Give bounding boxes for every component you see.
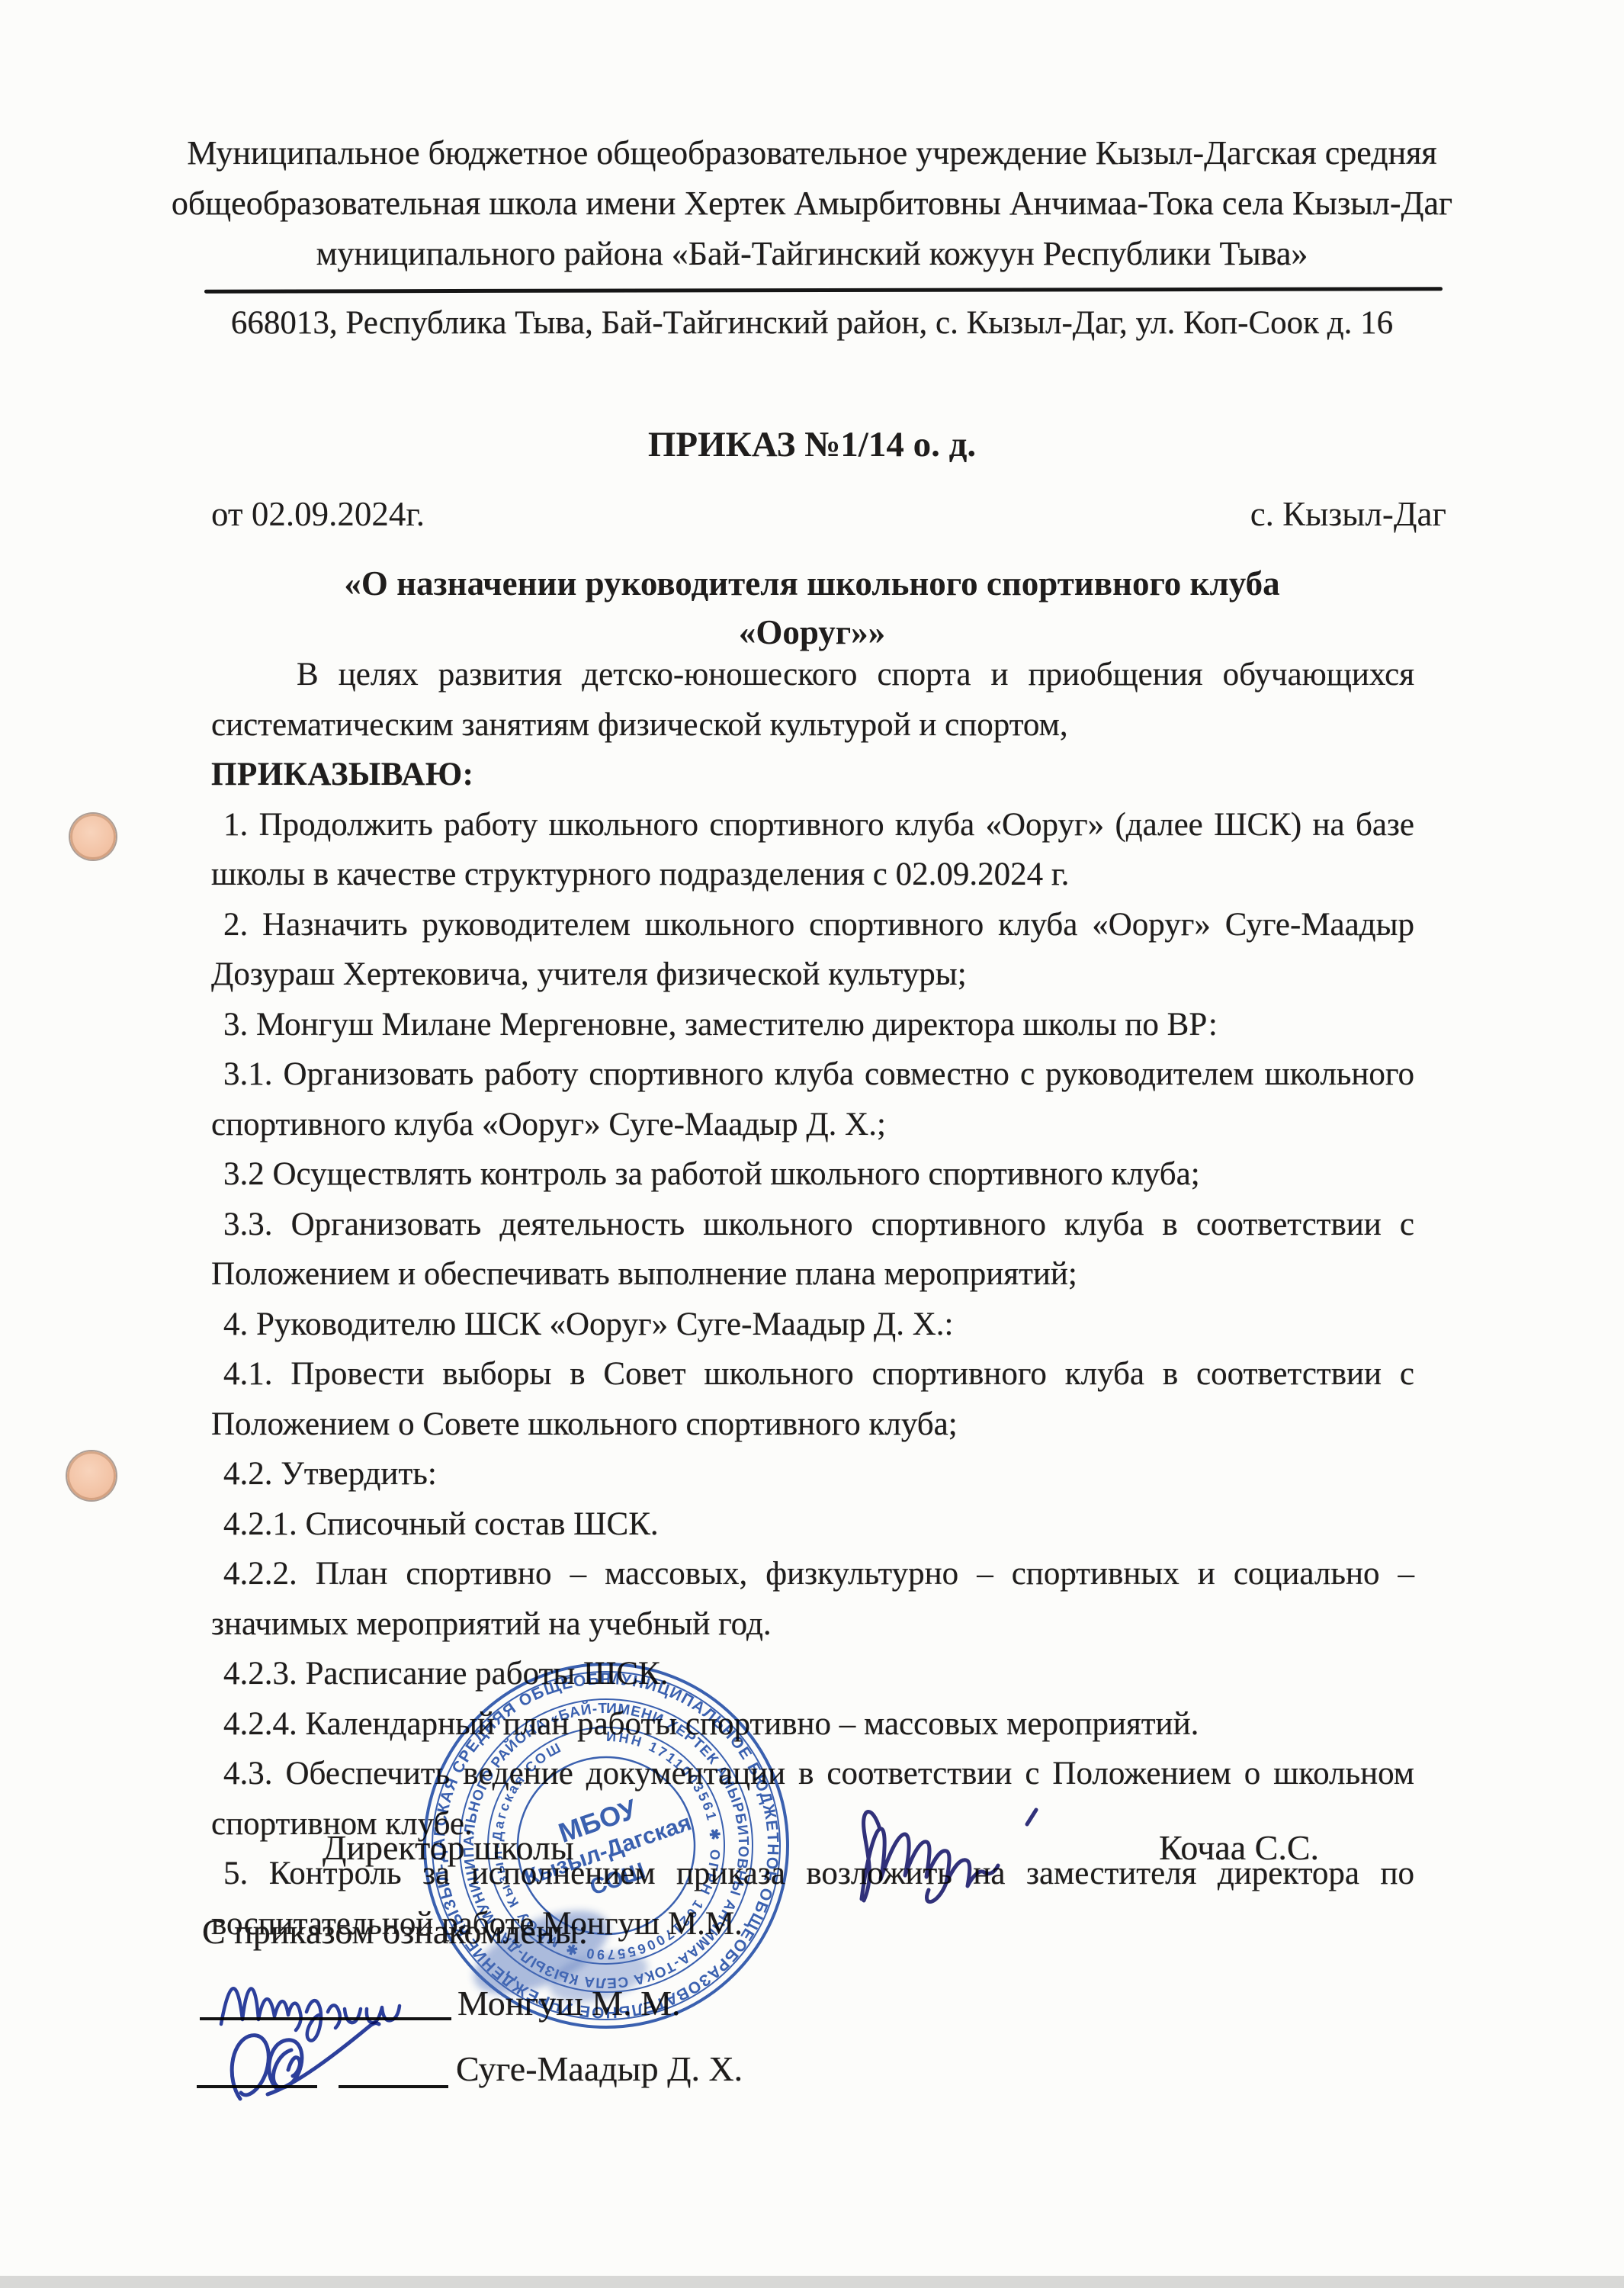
order-item: 4.2.1. Списочный состав ШСК. — [211, 1499, 1414, 1550]
order-item: 4.2.3. Расписание работы ШСК. — [211, 1649, 1414, 1699]
order-item: 4.2.2. План спортивно – массовых, физкул… — [211, 1549, 1414, 1649]
order-item: 3.2 Осуществлять контроль за работой шко… — [211, 1149, 1414, 1200]
order-item: 4. Руководителю ШСК «Ооруг» Суге-Маадыр … — [211, 1300, 1414, 1350]
order-item: 3.1. Организовать работу спортивного клу… — [211, 1049, 1414, 1149]
director-signature — [839, 1785, 1052, 1914]
letterhead-divider — [204, 287, 1443, 293]
signatory-name-2: Суге-Маадыр Д. Х. — [456, 2049, 743, 2089]
order-item: 4.1. Провести выборы в Совет школьного с… — [211, 1349, 1414, 1449]
order-item: 4.2. Утвердить: — [211, 1449, 1414, 1499]
letterhead-line-1: Муниципальное бюджетное общеобразователь… — [69, 128, 1555, 178]
order-title: ПРИКАЗ №1/14 о. д. — [0, 424, 1624, 465]
scan-edge-bottom — [0, 2276, 1624, 2288]
order-item: 3. Монгуш Милане Мергеновне, заместителю… — [211, 1000, 1414, 1050]
order-item: 1. Продолжить работу школьного спортивно… — [211, 800, 1414, 900]
hole-punch-bottom — [67, 1451, 116, 1500]
order-preamble: В целях развития детско-юношеского спорт… — [211, 650, 1414, 750]
school-round-stamp: МУНИЦИПАЛЬНОЕ БЮДЖЕТНОЕ ОБЩЕОБРАЗОВАТЕЛЬ… — [408, 1647, 804, 2044]
order-item: 2. Назначить руководителем школьного спо… — [211, 900, 1414, 1000]
order-place: с. Кызыл-Даг — [1250, 494, 1446, 534]
order-item: 3.3. Организовать деятельность школьного… — [211, 1200, 1414, 1300]
order-subject-line-1: «О назначении руководителя школьного спо… — [0, 559, 1624, 608]
order-item: 4.2.4. Календарный план работы спортивно… — [211, 1699, 1414, 1750]
order-subject: «О назначении руководителя школьного спо… — [0, 559, 1624, 657]
address-line: 668013, Республика Тыва, Бай-Тайгинский … — [0, 304, 1624, 342]
order-meta-row: от 02.09.2024г. с. Кызыл-Даг — [211, 494, 1446, 534]
order-word: ПРИКАЗЫВАЮ: — [211, 750, 1414, 800]
letterhead-line-2: общеобразовательная школа имени Хертек А… — [69, 178, 1555, 229]
order-date: от 02.09.2024г. — [211, 494, 425, 534]
letterhead-line-3: муниципального района «Бай-Тайгинский ко… — [69, 229, 1555, 279]
scanned-document-page: Муниципальное бюджетное общеобразователь… — [0, 0, 1624, 2288]
letterhead: Муниципальное бюджетное общеобразователь… — [69, 128, 1555, 279]
signatory-2-signature — [217, 2013, 393, 2113]
director-name: Кочаа С.С. — [1159, 1827, 1319, 1868]
order-body: В целях развития детско-юношеского спорт… — [211, 650, 1414, 1949]
hole-punch-top — [70, 814, 116, 860]
